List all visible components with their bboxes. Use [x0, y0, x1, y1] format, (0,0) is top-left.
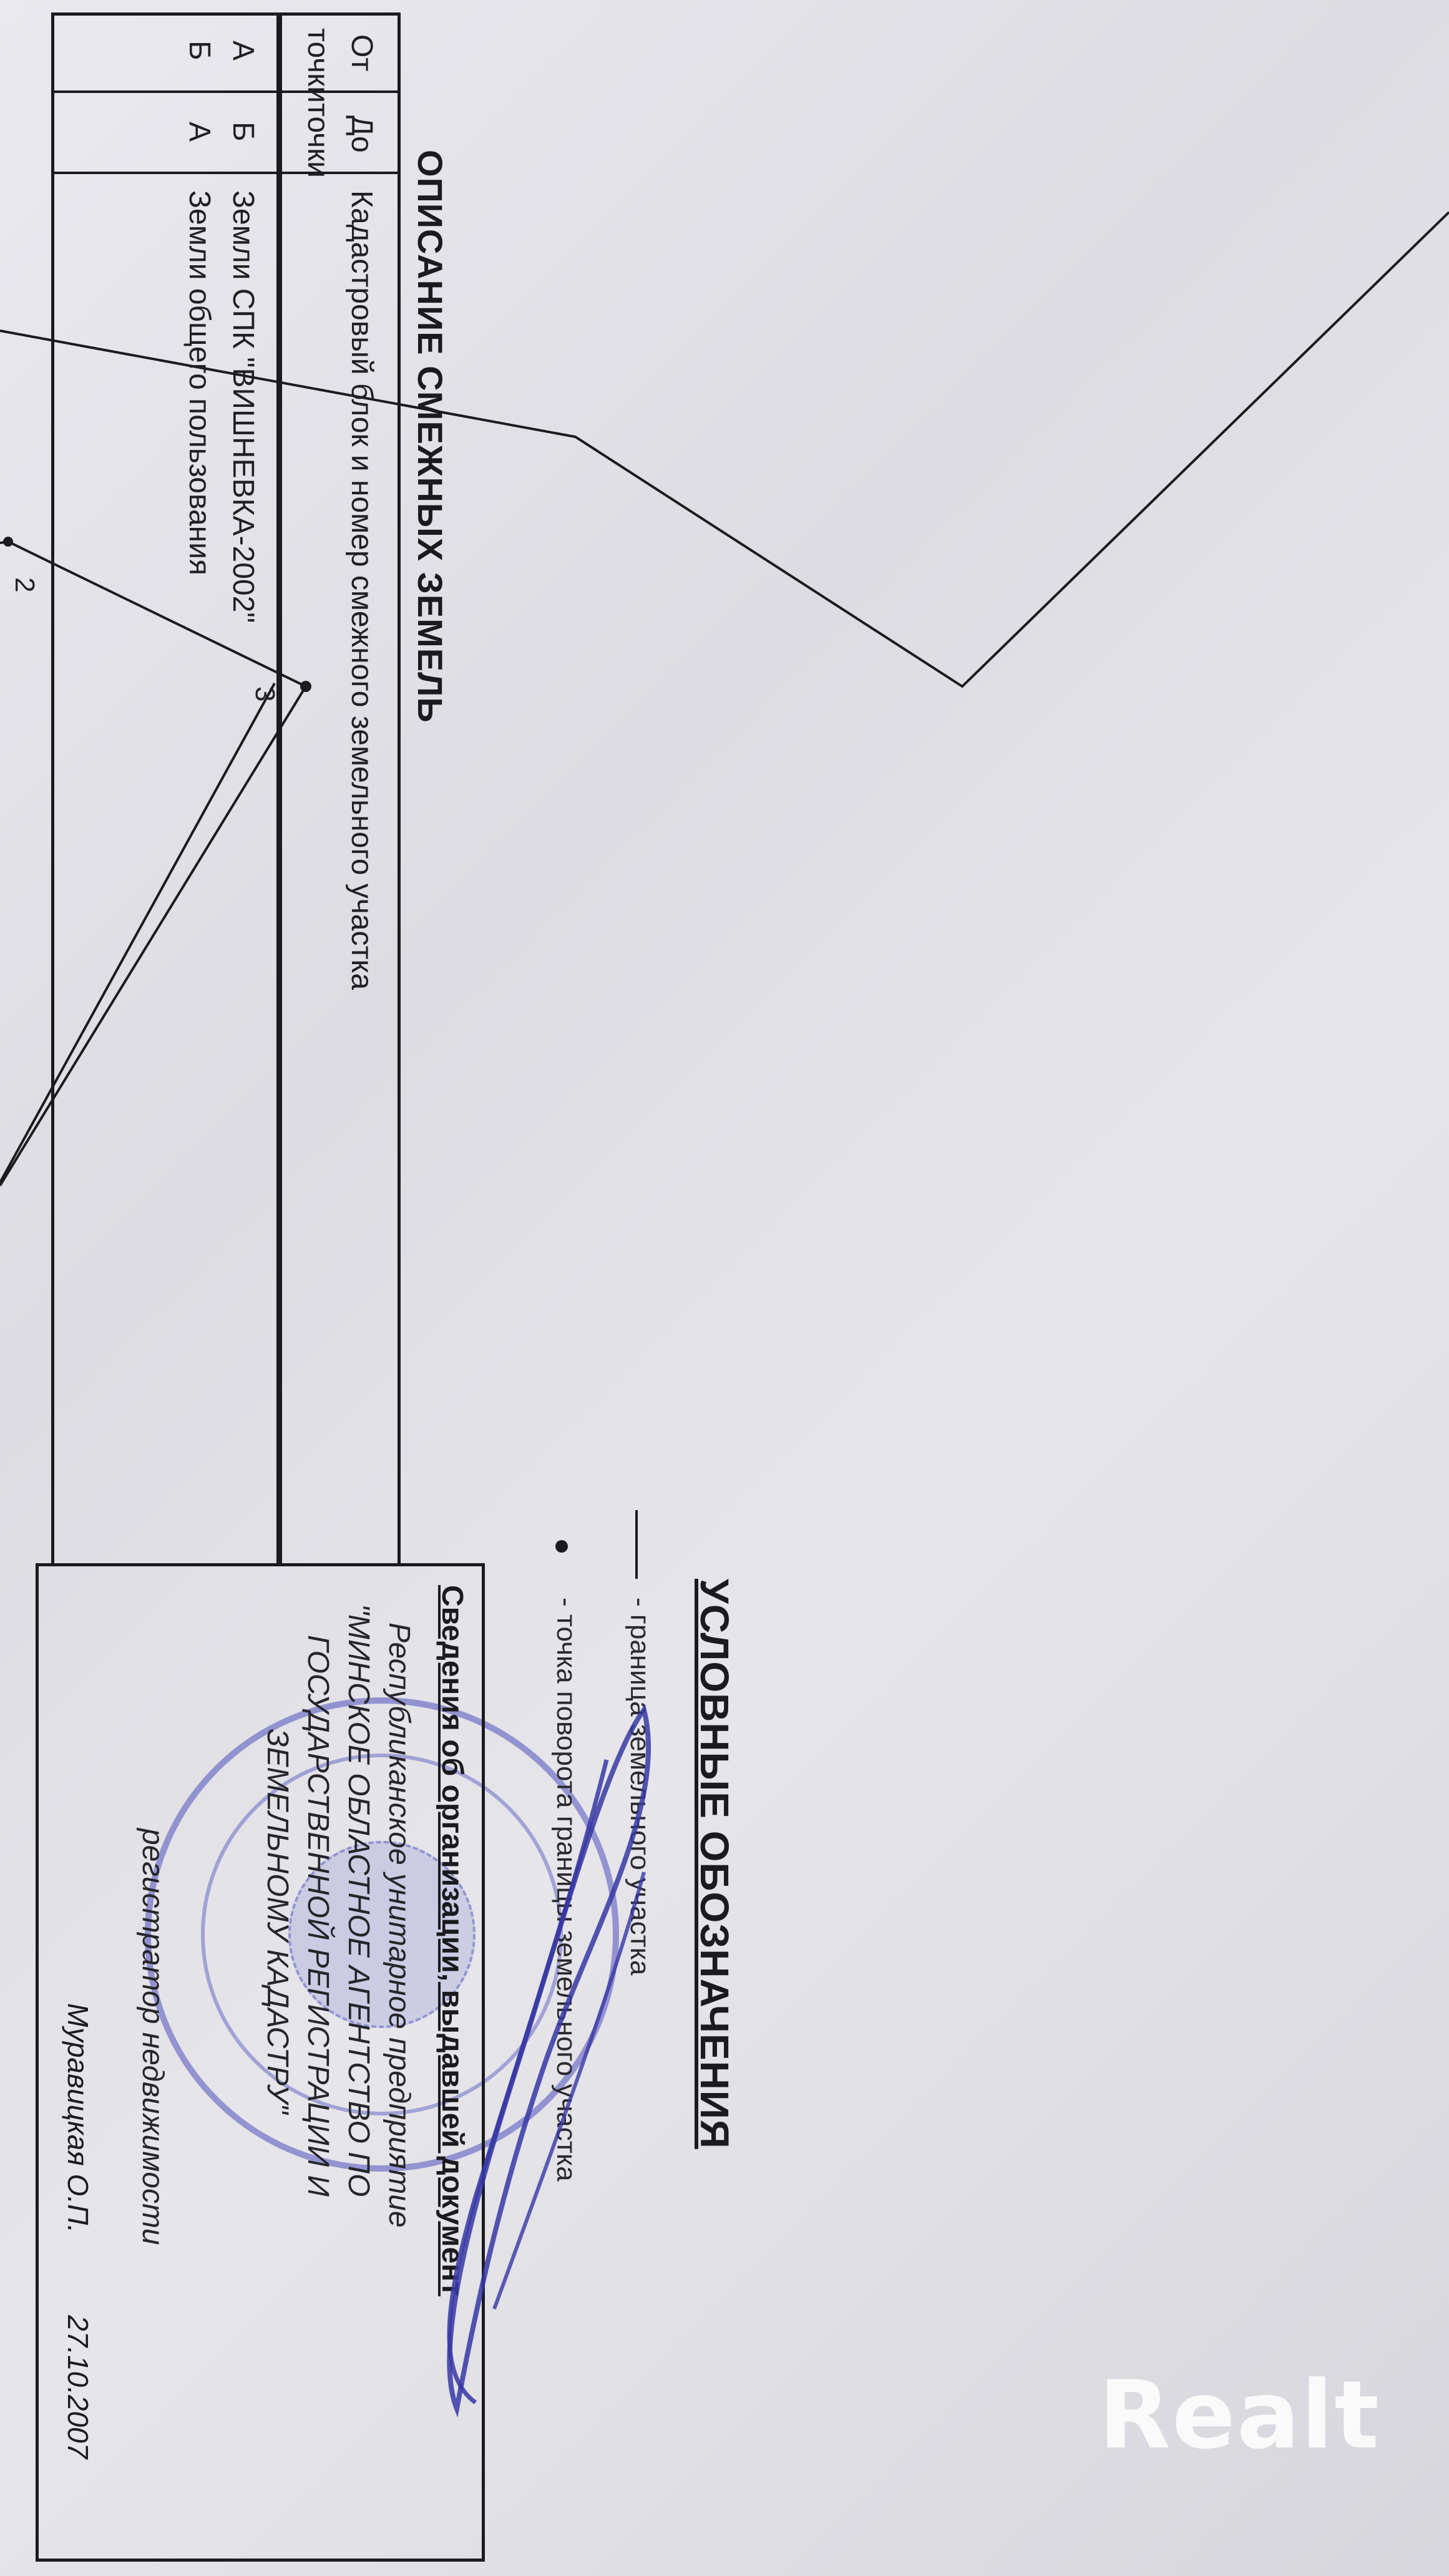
- plot-points-screen: 2 3: [0, 0, 1449, 2576]
- point-label-3: 3: [250, 686, 280, 701]
- realt-watermark: Realt: [1098, 2361, 1380, 2470]
- turning-point-marker: [300, 681, 311, 692]
- point-label-2: 2: [9, 577, 40, 592]
- turning-point-marker: [3, 537, 13, 547]
